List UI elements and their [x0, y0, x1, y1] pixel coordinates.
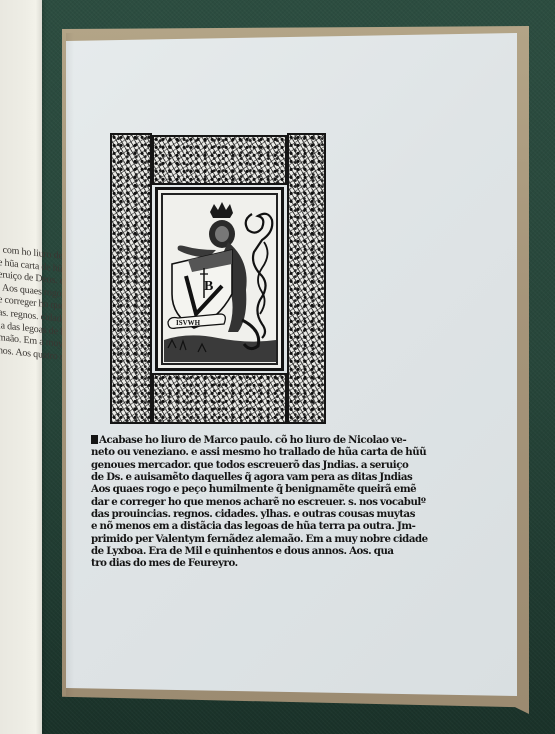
woodcut-top-border — [152, 135, 287, 185]
colophon-line: de Ds. e auisamẽto daquelles q̃ agora va… — [91, 471, 391, 483]
left-facing-page: . com ho liuro de M e hũa carta de hũ er… — [0, 0, 42, 734]
printers-device-woodcut: B ISVWH — [110, 133, 326, 424]
left-page-text: . com ho liuro de M e hũa carta de hũ er… — [0, 244, 68, 365]
colophon-line: e nõ menos em a distãcia das legoas de h… — [91, 520, 391, 532]
pilcrow-initial-icon — [91, 435, 98, 444]
lion-shield-icon: B ISVWH — [158, 190, 281, 368]
woodcut-left-border — [110, 133, 152, 424]
colophon-line: dar e correger ho que menos acharẽ no es… — [91, 496, 391, 508]
colophon-text: Acabase ho liuro de Marco paulo. cõ ho l… — [91, 434, 391, 570]
colophon-line: genoues mercador. que todos escreuerõ da… — [91, 459, 391, 471]
colophon-line: Aos quaes rogo e peço humilmente q̃ beni… — [91, 483, 391, 495]
colophon-line: de Lyxboa. Era de Mil e quinhentos e dou… — [91, 545, 391, 557]
svg-text:ISVWH: ISVWH — [176, 319, 201, 327]
colophon-line: tro dias do mes de Feureyro. — [91, 557, 391, 569]
woodcut-right-border — [287, 133, 326, 424]
woodcut-bottom-border — [152, 373, 287, 424]
svg-text:B: B — [204, 279, 213, 294]
colophon-line: neto ou veneziano. e assi mesmo ho trall… — [91, 446, 391, 458]
colophon-line: primido per Valentym fernãdez alemaão. E… — [91, 533, 391, 545]
woodcut-center-panel: B ISVWH — [155, 187, 284, 371]
colophon-line: das prouincias. regnos. cidades. ylhas. … — [91, 508, 391, 520]
gutter-shadow — [66, 33, 74, 696]
colophon-line: Acabase ho liuro de Marco paulo. cõ ho l… — [91, 434, 391, 446]
